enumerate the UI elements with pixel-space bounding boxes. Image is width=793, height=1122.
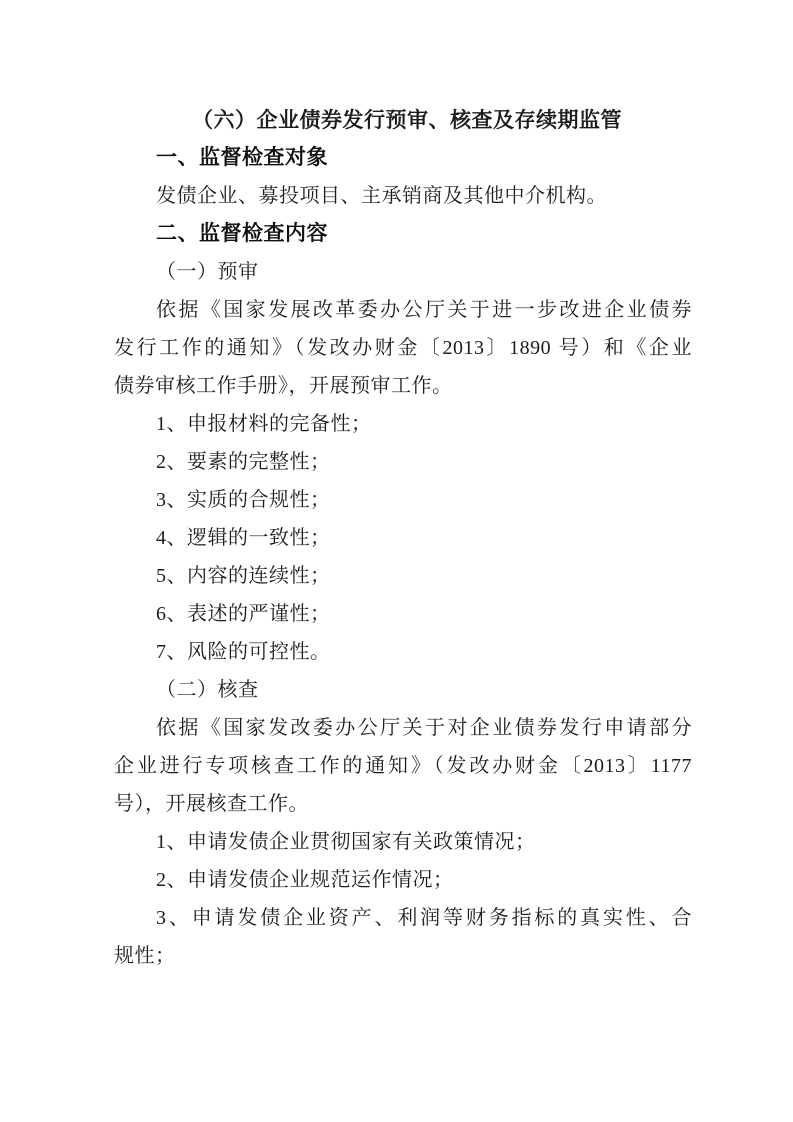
check-basis-line-3: 号），开展核查工作。 [114,785,692,823]
check-basis-line-1: 依据《国家发改委办公厅关于对企业债券发行申请部分 [114,709,692,747]
check-item-1: 1、申请发债企业贯彻国家有关政策情况； [114,823,692,861]
heading-supervision-content: 二、监督检查内容 [114,215,692,253]
check-item-3-line-2: 规性； [114,937,692,975]
preaudit-item-5: 5、内容的连续性； [114,557,692,595]
preaudit-item-4: 4、逻辑的一致性； [114,519,692,557]
document-content: （六）企业债券发行预审、核查及存续期监管 一、监督检查对象 发债企业、募投项目、… [114,101,692,975]
preaudit-item-2: 2、要素的完整性； [114,443,692,481]
heading-supervision-targets: 一、监督检查对象 [114,139,692,177]
preaudit-basis-line-3: 债券审核工作手册》，开展预审工作。 [114,367,692,405]
subheading-preaudit: （一）预审 [114,253,692,291]
section-title: （六）企业债券发行预审、核查及存续期监管 [114,101,692,139]
document-page: （六）企业债券发行预审、核查及存续期监管 一、监督检查对象 发债企业、募投项目、… [0,0,793,1122]
preaudit-item-6: 6、表述的严谨性； [114,595,692,633]
check-item-2: 2、申请发债企业规范运作情况； [114,861,692,899]
preaudit-basis-line-1: 依据《国家发展改革委办公厅关于进一步改进企业债券 [114,291,692,329]
para-supervision-targets: 发债企业、募投项目、主承销商及其他中介机构。 [114,177,692,215]
preaudit-item-1: 1、申报材料的完备性； [114,405,692,443]
check-item-3-line-1: 3、申请发债企业资产、利润等财务指标的真实性、合 [114,899,692,937]
preaudit-item-3: 3、实质的合规性； [114,481,692,519]
subheading-check: （二）核查 [114,671,692,709]
preaudit-basis-line-2: 发行工作的通知》（发改办财金〔2013〕1890 号）和《企业 [114,329,692,367]
check-basis-line-2: 企业进行专项核查工作的通知》（发改办财金〔2013〕1177 [114,747,692,785]
preaudit-item-7: 7、风险的可控性。 [114,633,692,671]
